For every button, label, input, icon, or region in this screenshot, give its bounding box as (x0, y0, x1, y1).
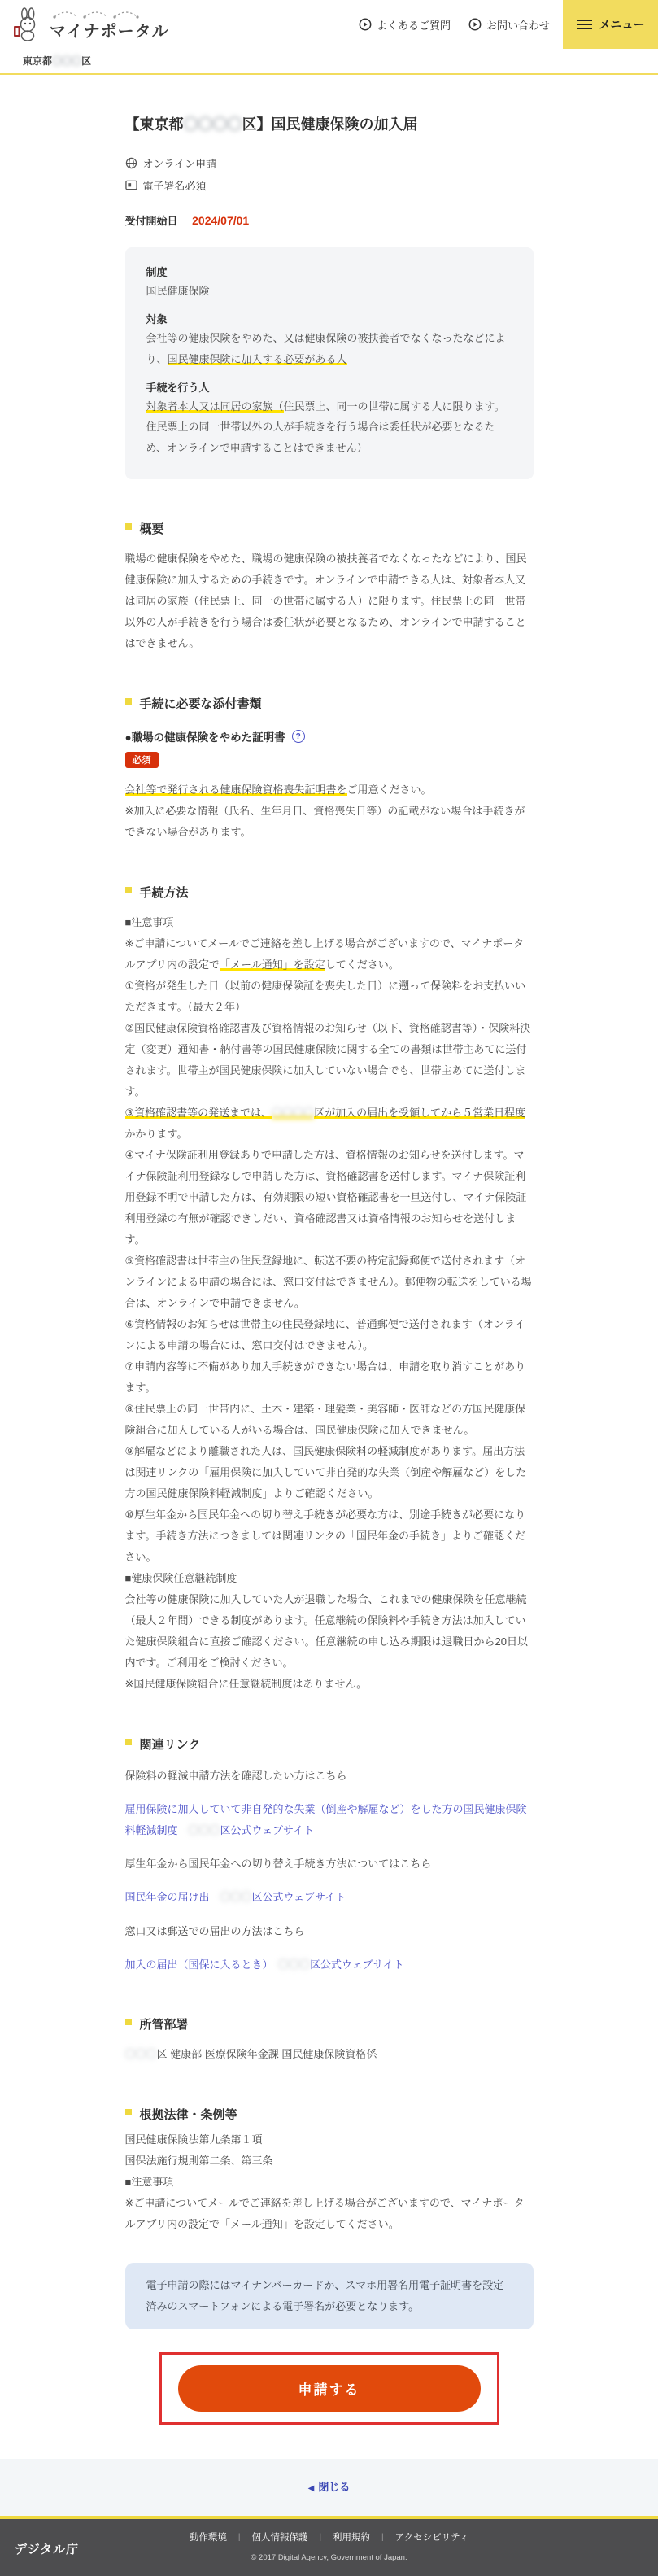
related-links-heading: 関連リンク (125, 1736, 534, 1753)
attachments-text: 会社等で発行される健康保険資格喪失証明書をご用意ください。 ※加入に必要な情報（… (125, 779, 534, 843)
related-intro-3: 窓口又は郵送での届出の方法はこちら (125, 1921, 534, 1941)
section-attachments: 手続に必要な添付書類 ●職場の健康保険をやめた証明書 ? 必須 会社等で発行され… (125, 695, 534, 843)
section-overview: 概要 職場の健康保険をやめた、職場の健康保険の被扶養者でなくなったなどにより、国… (125, 520, 534, 654)
close-link[interactable]: ◀閉じる (308, 2481, 351, 2493)
attachment-doc-title: ●職場の健康保険をやめた証明書 ? (125, 728, 534, 744)
help-question-icon[interactable]: ? (292, 730, 305, 743)
mynaportal-logo[interactable]: マイナポータル (0, 7, 169, 41)
footer-divider: | (238, 2533, 241, 2542)
footer-center: 動作環境 | 個人情報保護 | 利用規約 | アクセシビリティ © 2017 D… (0, 2530, 658, 2562)
play-circle-icon (468, 18, 482, 31)
hamburger-icon (577, 17, 592, 32)
section-bullet-icon (125, 523, 132, 530)
rabbit-mascot-icon (13, 7, 42, 41)
section-department: 所管部署 〇〇〇区 健康部 医療保険年金課 国民健康保険資格係 (125, 2015, 534, 2065)
contact-link[interactable]: お問い合わせ (468, 17, 550, 33)
section-bullet-icon (125, 1739, 132, 1745)
section-bullet-icon (125, 2019, 132, 2025)
overview-text: 職場の健康保険をやめた、職場の健康保険の被扶養者でなくなったなどにより、国民健康… (125, 548, 534, 654)
summary-item-applicant: 手続を行う人 対象者本人又は同居の家族（住民票上、同一の世帯に属する人に限ります… (146, 379, 512, 458)
related-intro-1: 保険料の軽減申請方法を確認したい方はこちら (125, 1766, 534, 1786)
apply-button[interactable]: 申請する (178, 2365, 481, 2412)
close-band: ◀閉じる (0, 2459, 658, 2516)
section-bullet-icon (125, 2109, 132, 2115)
signature-required-label: 電子署名必須 (143, 177, 207, 193)
header-nav: よくあるご質問 お問い合わせ (359, 17, 563, 33)
start-date-row: 受付開始日 2024/07/01 (125, 212, 534, 228)
main-content: 【東京都〇〇〇〇区】国民健康保険の加入届 オンライン申請 電子署名必須 受付開始… (125, 75, 534, 2425)
attachments-heading: 手続に必要な添付書類 (125, 695, 534, 712)
logo-title: マイナポータル (50, 23, 169, 41)
summary-box: 制度 国民健康保険 対象 会社等の健康保険をやめた、又は健康保険の被扶養者でなく… (125, 247, 534, 479)
faq-label: よくあるご質問 (377, 17, 451, 33)
summary-item-system: 制度 国民健康保険 (146, 264, 512, 301)
summary-item-target: 対象 会社等の健康保険をやめた、又は健康保険の被扶養者でなくなったなどにより、国… (146, 311, 512, 369)
signature-notice-box: 電子申請の際にはマイナンバーカードか、スマホ用署名用電子証明書を設定済みのスマー… (125, 2263, 534, 2329)
start-date-value: 2024/07/01 (192, 214, 249, 227)
footer-link-terms[interactable]: 利用規約 (333, 2530, 370, 2543)
section-related-links: 関連リンク 保険料の軽減申請方法を確認したい方はこちら 雇用保険に加入していて非… (125, 1736, 534, 1975)
start-date-label: 受付開始日 (125, 215, 178, 227)
overview-heading: 概要 (125, 520, 534, 537)
footer-divider: | (381, 2533, 384, 2542)
footer-divider: | (319, 2533, 321, 2542)
department-heading: 所管部署 (125, 2015, 534, 2032)
online-application-row: オンライン申請 (125, 155, 534, 171)
app-footer: デジタル庁 動作環境 | 個人情報保護 | 利用規約 | アクセシビリティ © … (0, 2516, 658, 2576)
section-bullet-icon (125, 887, 132, 893)
required-badge: 必須 (125, 752, 159, 768)
legal-text: 国民健康保険法第九条第１項 国保法施行規則第二条、第三条 ■注意事項 ※ご申請に… (125, 2129, 534, 2235)
footer-links: 動作環境 | 個人情報保護 | 利用規約 | アクセシビリティ (190, 2530, 468, 2543)
left-triangle-icon: ◀ (308, 2484, 315, 2493)
legal-heading: 根拠法律・条例等 (125, 2106, 534, 2123)
menu-label: メニュー (599, 16, 645, 33)
faq-link[interactable]: よくあるご質問 (359, 17, 451, 33)
procedure-text: ■注意事項 ※ご申請についてメールでご連絡を差し上げる場合がございますので、マイ… (125, 912, 534, 1695)
procedure-heading: 手続方法 (125, 884, 534, 901)
signature-required-row: 電子署名必須 (125, 177, 534, 193)
page-title: 【東京都〇〇〇〇区】国民健康保険の加入届 (125, 114, 534, 136)
breadcrumb: 東京都〇〇〇区 (0, 49, 658, 73)
contact-label: お問い合わせ (486, 17, 550, 33)
footer-link-environment[interactable]: 動作環境 (190, 2530, 227, 2543)
section-legal: 根拠法律・条例等 国民健康保険法第九条第１項 国保法施行規則第二条、第三条 ■注… (125, 2106, 534, 2235)
footer-link-privacy[interactable]: 個人情報保護 (251, 2530, 307, 2543)
hop-arcs-icon (51, 7, 142, 19)
section-procedure: 手続方法 ■注意事項 ※ご申請についてメールでご連絡を差し上げる場合がございます… (125, 884, 534, 1695)
menu-button[interactable]: メニュー (563, 0, 658, 49)
footer-copyright: © 2017 Digital Agency, Government of Jap… (0, 2553, 658, 2562)
play-circle-icon (359, 18, 372, 31)
section-bullet-icon (125, 698, 132, 705)
footer-link-accessibility[interactable]: アクセシビリティ (395, 2530, 469, 2543)
department-text: 〇〇〇区 健康部 医療保険年金課 国民健康保険資格係 (125, 2044, 534, 2065)
signature-card-icon (125, 180, 137, 190)
apply-annotation-box: 申請する (159, 2352, 499, 2425)
related-link-pension[interactable]: 国民年金の届け出 〇〇〇区公式ウェブサイト (125, 1887, 534, 1907)
related-link-enrollment[interactable]: 加入の届出（国保に入るとき） 〇〇〇区公式ウェブサイト (125, 1954, 534, 1975)
app-header: マイナポータル よくあるご質問 お問い合わせ メニュー (0, 0, 658, 49)
online-application-label: オンライン申請 (143, 155, 217, 171)
globe-icon (125, 157, 137, 169)
related-link-premium-reduction[interactable]: 雇用保険に加入していて非自発的な失業（倒産や解雇など）をした方の国民健康保険料軽… (125, 1799, 534, 1840)
related-intro-2: 厚生年金から国民年金への切り替え手続き方法についてはこちら (125, 1853, 534, 1874)
